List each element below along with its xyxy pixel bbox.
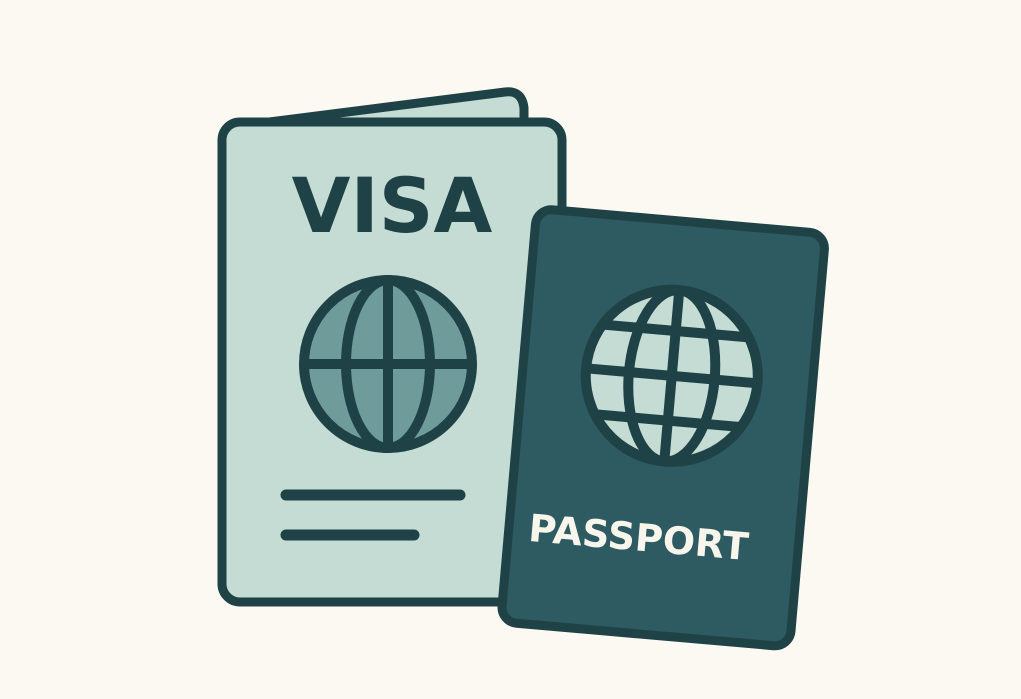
globe-icon — [304, 280, 472, 448]
passport-document: PASSPORT — [501, 208, 826, 647]
visa-title: VISA — [292, 161, 493, 250]
illustration: VISA PASSPORT — [0, 0, 1021, 699]
